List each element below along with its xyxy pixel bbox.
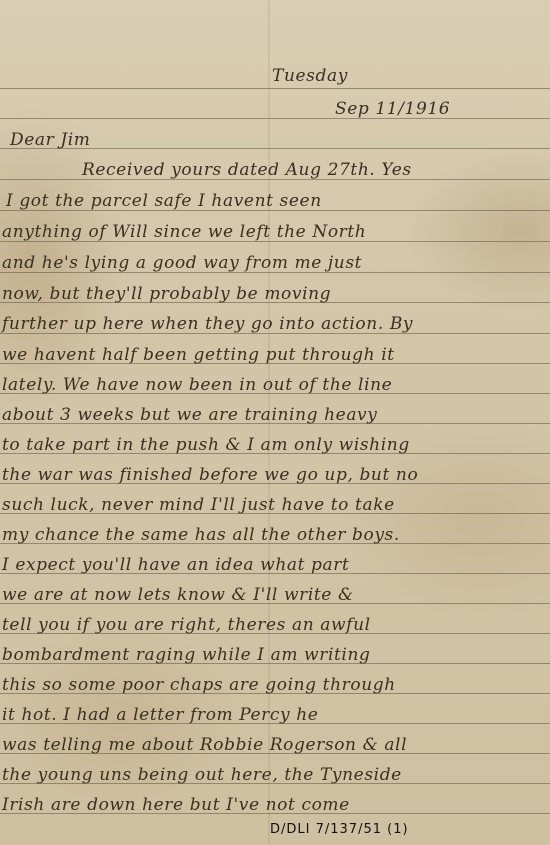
letter-salutation: Dear Jim	[10, 130, 91, 150]
letter-line: to take part in the push & I am only wis…	[2, 435, 410, 455]
letter-line: we havent half been getting put through …	[2, 345, 395, 365]
letter-line: and he's lying a good way from me just	[2, 253, 362, 273]
letter-line: lately. We have now been in out of the l…	[2, 375, 392, 395]
letter-line: anything of Will since we left the North	[2, 222, 366, 242]
letter-line: now, but they'll probably be moving	[2, 284, 331, 304]
ruled-line	[0, 118, 550, 119]
letter-line: the young uns being out here, the Tynesi…	[2, 765, 402, 785]
letter-day: Tuesday	[272, 66, 348, 86]
letter-line: tell you if you are right, theres an awf…	[2, 615, 371, 635]
letter-line: such luck, never mind I'll just have to …	[2, 495, 395, 515]
letter-line: I got the parcel safe I havent seen	[6, 191, 322, 211]
letter-line: about 3 weeks but we are training heavy	[2, 405, 377, 425]
letter-page: Tuesday Sep 11/1916 Dear Jim Received yo…	[0, 0, 550, 845]
letter-line: my chance the same has all the other boy…	[2, 525, 400, 545]
letter-line: further up here when they go into action…	[2, 314, 413, 334]
ruled-line	[0, 88, 550, 89]
letter-line: this so some poor chaps are going throug…	[2, 675, 396, 695]
archive-reference: D/DLI 7/137/51 (1)	[270, 822, 409, 837]
letter-line: we are at now lets know & I'll write &	[2, 585, 354, 605]
letter-line: bombardment raging while I am writing	[2, 645, 370, 665]
letter-line: was telling me about Robbie Rogerson & a…	[2, 735, 407, 755]
letter-line: Received yours dated Aug 27th. Yes	[82, 160, 412, 180]
letter-line: it hot. I had a letter from Percy he	[2, 705, 318, 725]
letter-line: I expect you'll have an idea what part	[2, 555, 349, 575]
letter-date: Sep 11/1916	[335, 99, 450, 119]
letter-line: the war was finished before we go up, bu…	[2, 465, 418, 485]
letter-line: Irish are down here but I've not come	[2, 795, 350, 815]
